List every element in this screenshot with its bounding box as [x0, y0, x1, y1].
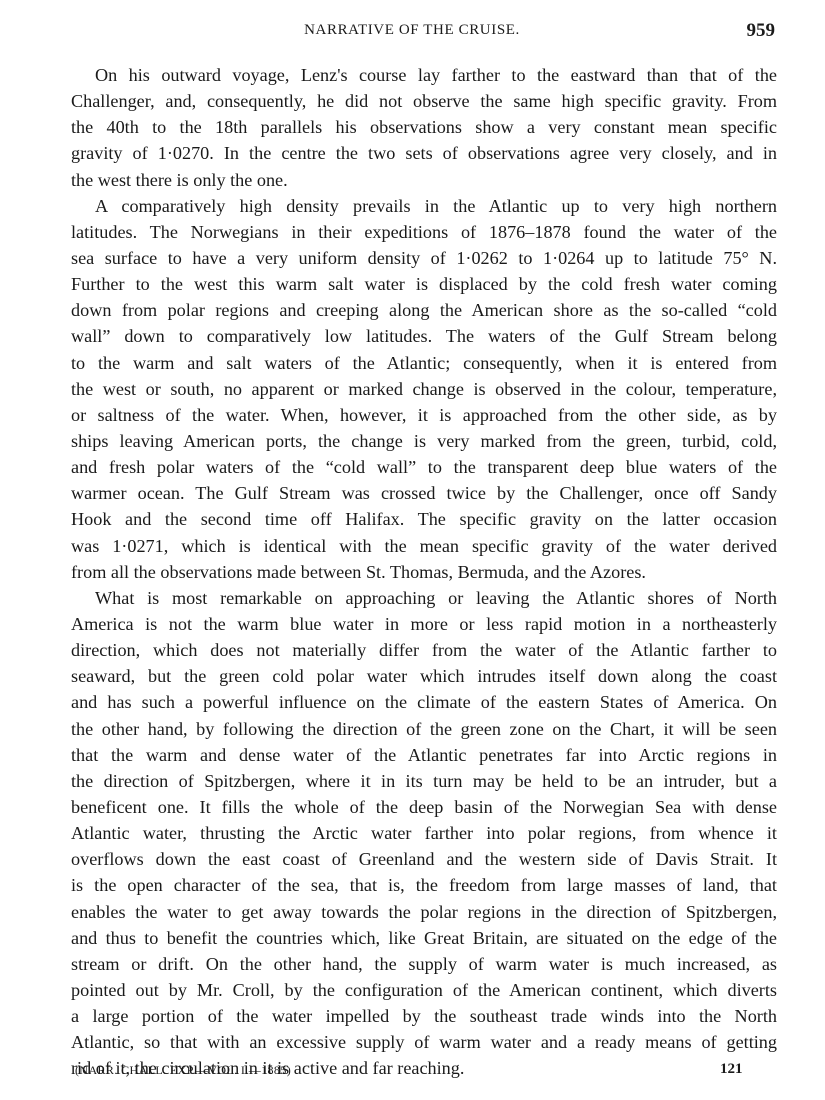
- text-line: warmer ocean. The Gulf Stream was crosse…: [47, 480, 777, 506]
- text-line: enables the water to get away towards th…: [47, 899, 777, 925]
- text-line: from all the observations made between S…: [47, 559, 777, 585]
- text-line: the west there is only the one.: [47, 167, 777, 193]
- text-line: latitudes. The Norwegians in their exped…: [47, 219, 777, 245]
- text-line: the direction of Spitzbergen, where it i…: [47, 768, 777, 794]
- text-line: to the warm and salt waters of the Atlan…: [47, 350, 777, 376]
- page-footer: (NARR. CHALL. EXP.—VOL. I.—1885) 121: [47, 1063, 777, 1083]
- text-line: a large portion of the water impelled by…: [47, 1003, 777, 1029]
- text-line: Challenger, and, consequently, he did no…: [47, 88, 777, 114]
- text-line: Further to the west this warm salt water…: [47, 271, 777, 297]
- page-header: NARRATIVE OF THE CRUISE. 959: [47, 20, 777, 44]
- text-line: stream or drift. On the other hand, the …: [47, 951, 777, 977]
- text-line: seaward, but the green cold polar water …: [47, 663, 777, 689]
- text-line: or saltness of the water. When, however,…: [47, 402, 777, 428]
- text-line: On his outward voyage, Lenz's course lay…: [47, 62, 777, 88]
- page-number: 959: [747, 20, 776, 42]
- text-line: Atlantic water, thrusting the Arctic wat…: [47, 820, 777, 846]
- text-line: and fresh polar waters of the “cold wall…: [47, 454, 777, 480]
- text-line: that the warm and dense water of the Atl…: [47, 742, 777, 768]
- text-line: down from polar regions and creeping alo…: [47, 297, 777, 323]
- text-line: gravity of 1·0270. In the centre the two…: [47, 140, 777, 166]
- footer-citation: (NARR. CHALL. EXP.—VOL. I.—1885): [75, 1063, 291, 1078]
- text-line: What is most remarkable on approaching o…: [47, 585, 777, 611]
- body-text: On his outward voyage, Lenz's course lay…: [47, 62, 777, 1081]
- text-line: pointed out by Mr. Croll, by the configu…: [47, 977, 777, 1003]
- paragraph-3: What is most remarkable on approaching o…: [47, 585, 777, 1082]
- paragraph-2: A comparatively high density prevails in…: [47, 193, 777, 585]
- text-line: direction, which does not materially dif…: [47, 637, 777, 663]
- paragraph-1: On his outward voyage, Lenz's course lay…: [47, 62, 777, 193]
- text-line: ships leaving American ports, the change…: [47, 428, 777, 454]
- text-line: and has such a powerful influence on the…: [47, 689, 777, 715]
- text-line: and thus to benefit the countries which,…: [47, 925, 777, 951]
- text-line: beneficent one. It fills the whole of th…: [47, 794, 777, 820]
- signature-mark: 121: [720, 1061, 743, 1078]
- text-line: A comparatively high density prevails in…: [47, 193, 777, 219]
- text-line: America is not the warm blue water in mo…: [47, 611, 777, 637]
- text-line: was 1·0271, which is identical with the …: [47, 533, 777, 559]
- running-title: NARRATIVE OF THE CRUISE.: [47, 22, 777, 39]
- text-line: wall” down to comparatively low latitude…: [47, 323, 777, 349]
- text-line: the 40th to the 18th parallels his obser…: [47, 114, 777, 140]
- text-line: overflows down the east coast of Greenla…: [47, 846, 777, 872]
- text-line: the west or south, no apparent or marked…: [47, 376, 777, 402]
- text-line: Hook and the second time off Halifax. Th…: [47, 506, 777, 532]
- text-line: Atlantic, so that with an excessive supp…: [47, 1029, 777, 1055]
- text-line: the other hand, by following the directi…: [47, 716, 777, 742]
- text-line: sea surface to have a very uniform densi…: [47, 245, 777, 271]
- text-line: is the open character of the sea, that i…: [47, 872, 777, 898]
